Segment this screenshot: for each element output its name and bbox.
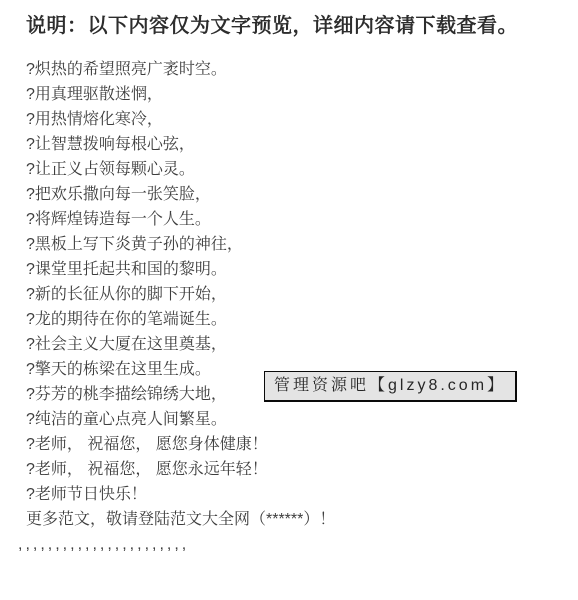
poem-line: ?让正义占领每颗心灵。	[26, 157, 568, 182]
poem-line-text: ?让正义占领每颗心灵。	[26, 161, 195, 178]
poem-line: ?老师节日快乐！	[26, 482, 568, 507]
poem-line-text: ?炽热的希望照亮广袤时空。	[26, 61, 227, 78]
glzy8-watermark-badge[interactable]: 管理资源吧【glzy8.com】	[264, 371, 517, 402]
poem-line: ?用热情熔化寒冷，	[26, 107, 568, 132]
poem-line-text: ?老师， 祝福您， 愿您身体健康！	[26, 436, 268, 453]
poem-line-text: ?老师节日快乐！	[26, 486, 147, 503]
poem-line: ?把欢乐撒向每一张笑脸，	[26, 182, 568, 207]
poem-line-text: ?芬芳的桃李描绘锦绣大地，	[26, 386, 227, 403]
poem-line: ?用真理驱散迷惘，	[26, 82, 568, 107]
poem-line-text: ?用热情熔化寒冷，	[26, 111, 163, 128]
poem-line-text: ?用真理驱散迷惘，	[26, 86, 163, 103]
poem-line: ?黑板上写下炎黄子孙的神往，	[26, 232, 568, 257]
poem-line-text: ?社会主义大厦在这里奠基，	[26, 336, 227, 353]
text-preview-page: 说明：以下内容仅为文字预览，详细内容请下载查看。 ?炽热的希望照亮广袤时空。 ?…	[0, 0, 578, 600]
poem-line-text: ?擎天的栋梁在这里生成。	[26, 361, 211, 378]
poem-line: ?将辉煌铸造每一个人生。	[26, 207, 568, 232]
poem-line-text: ?把欢乐撒向每一张笑脸，	[26, 186, 211, 203]
poem-line: ?龙的期待在你的笔端诞生。	[26, 307, 568, 332]
ellipsis-text: ,,,,,,,,,,,,,,,,,,,,,,,	[18, 536, 189, 553]
poem-line-text: ?龙的期待在你的笔端诞生。	[26, 311, 227, 328]
poem-line: ?新的长征从你的脚下开始，	[26, 282, 568, 307]
poem-line: ?课堂里托起共和国的黎明。	[26, 257, 568, 282]
poem-line: ?社会主义大厦在这里奠基，	[26, 332, 568, 357]
footer-promo-text: 更多范文，敬请登陆范文大全网（******）！	[26, 511, 335, 528]
poem-line: ?让智慧拨响每根心弦，	[26, 132, 568, 157]
poem-line-with-watermark: ?芬芳的桃李描绘锦绣大地， 管理资源吧【glzy8.com】	[26, 382, 568, 407]
preview-notice: 说明：以下内容仅为文字预览，详细内容请下载查看。	[26, 14, 568, 38]
poem-line-text: ?让智慧拨响每根心弦，	[26, 136, 195, 153]
poem-line-text: ?纯洁的童心点亮人间繁星。	[26, 411, 227, 428]
poem-line-text: ?将辉煌铸造每一个人生。	[26, 211, 211, 228]
poem-line: ?老师， 祝福您， 愿您永远年轻！	[26, 457, 568, 482]
poem-line-text: ?新的长征从你的脚下开始，	[26, 286, 227, 303]
preview-body: ?炽热的希望照亮广袤时空。 ?用真理驱散迷惘， ?用热情熔化寒冷， ?让智慧拨响…	[26, 57, 568, 557]
ellipsis-line: ,,,,,,,,,,,,,,,,,,,,,,,	[18, 532, 568, 557]
poem-line: ?炽热的希望照亮广袤时空。	[26, 57, 568, 82]
footer-promo-line: 更多范文，敬请登陆范文大全网（******）！	[26, 507, 568, 532]
poem-line: ?纯洁的童心点亮人间繁星。	[26, 407, 568, 432]
poem-line-text: ?老师， 祝福您， 愿您永远年轻！	[26, 461, 268, 478]
poem-line-text: ?黑板上写下炎黄子孙的神往，	[26, 236, 243, 253]
poem-line-text: ?课堂里托起共和国的黎明。	[26, 261, 227, 278]
poem-line: ?老师， 祝福您， 愿您身体健康！	[26, 432, 568, 457]
